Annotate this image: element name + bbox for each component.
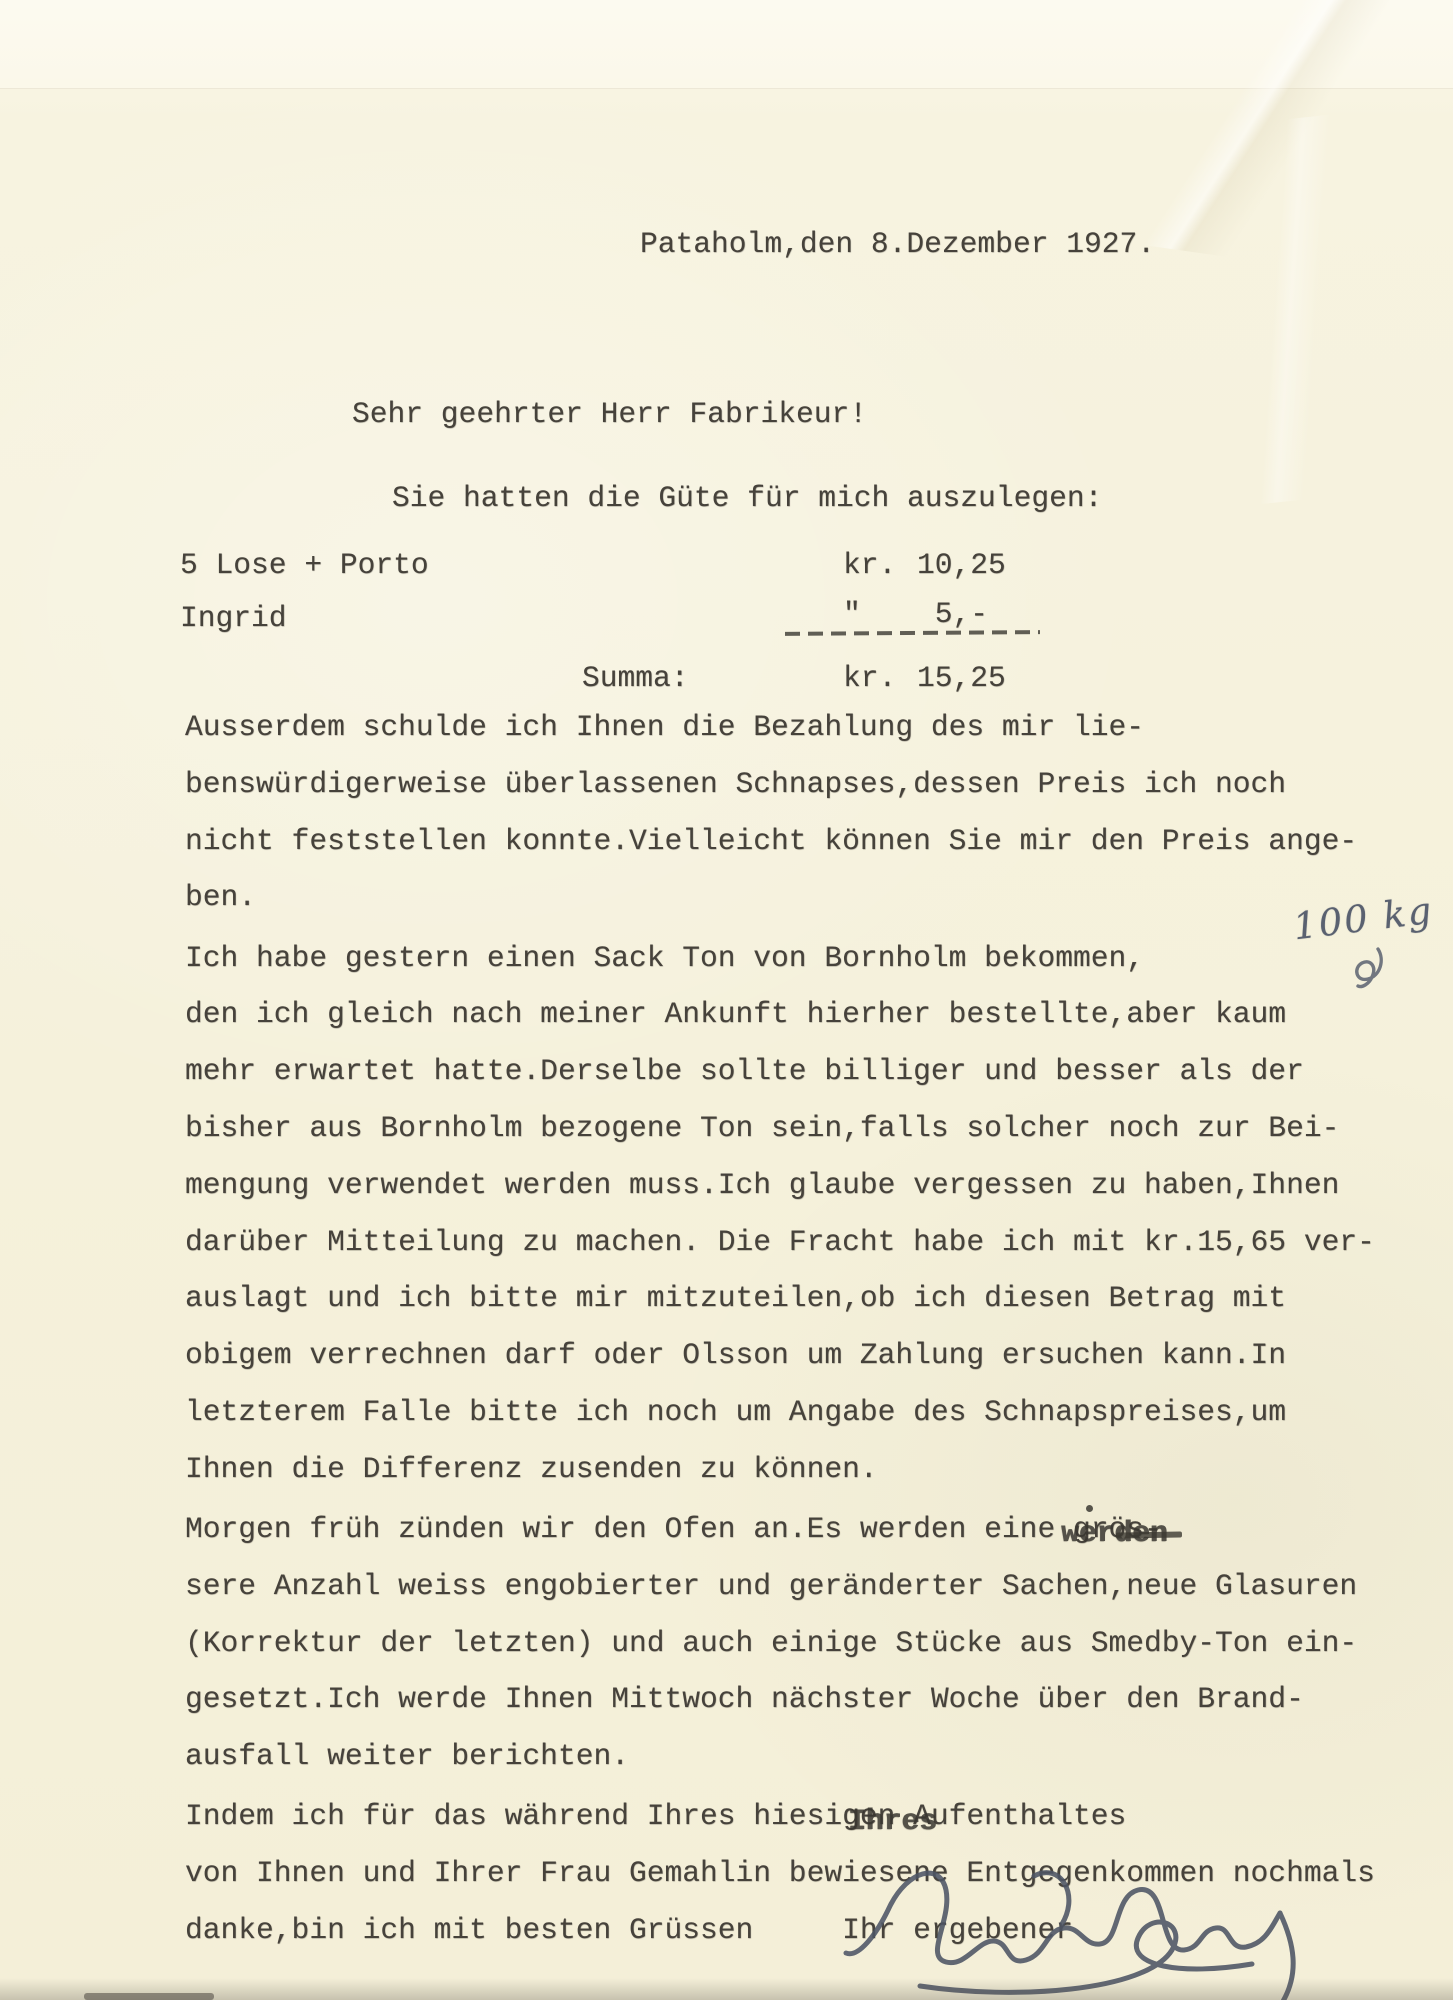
dashed-underline (785, 630, 1040, 635)
typed-line: mengung verwendet werden muss.Ich glaube… (185, 1157, 1425, 1214)
typed-line: Indem ich für das während Ihres hiesigen… (185, 1788, 1425, 1845)
typed-line: letzterem Falle bitte ich noch um Angabe… (185, 1384, 1425, 1441)
dateline: Pataholm,den 8.Dezember 1927. (640, 228, 1155, 261)
typed-line: Ich habe gestern einen Sack Ton von Born… (185, 930, 1425, 987)
account-row-value: kr.10,25 (843, 549, 1006, 582)
overstruck-word: Ihres (848, 1804, 937, 1838)
salutation: Sehr geehrter Herr Fabrikeur! (352, 398, 867, 431)
typed-line: Ihnen die Differenz zusenden zu können. (185, 1441, 1425, 1498)
typed-line: sere Anzahl weiss engobierter und geränd… (185, 1558, 1425, 1615)
typed-line: den ich gleich nach meiner Ankunft hierh… (185, 986, 1425, 1043)
scan-bottom-shadow (0, 1978, 1453, 2000)
summa-label: Summa: (582, 662, 689, 695)
typed-line: obigem verrechnen darf oder Olsson um Za… (185, 1327, 1425, 1384)
typed-line: benswürdigerweise überlassenen Schnapses… (185, 756, 1425, 813)
amount-value: 10,25 (917, 548, 1006, 582)
typed-line: mehr erwartet hatte.Derselbe sollte bill… (185, 1043, 1425, 1100)
currency-label: kr. (843, 549, 917, 582)
currency-label: kr. (843, 662, 917, 695)
scan-top-band (0, 0, 1453, 89)
paragraph: Ich habe gestern einen Sack Ton von Born… (185, 930, 1425, 1498)
account-row-label: 5 Lose + Porto (180, 549, 429, 582)
ditto-mark: " (843, 598, 917, 631)
paragraph: Ausserdem schulde ich Ihnen die Bezahlun… (185, 699, 1425, 926)
amount-value: 15,25 (917, 661, 1006, 695)
paper-crease (1031, 96, 1453, 524)
account-row-label: Ingrid (180, 602, 287, 635)
typed-line: ben. (185, 869, 1425, 926)
typed-line: auslagt und ich bitte mir mitzuteilen,ob… (185, 1270, 1425, 1327)
letter-body: Ausserdem schulde ich Ihnen die Bezahlun… (185, 699, 1425, 1959)
typed-line: nicht feststellen konnte.Vielleicht könn… (185, 813, 1425, 870)
overstrike-mark (1086, 1505, 1093, 1512)
typed-line: bisher aus Bornholm bezogene Ton sein,fa… (185, 1100, 1425, 1157)
typed-line: gesetzt.Ich werde Ihnen Mittwoch nächste… (185, 1671, 1425, 1728)
letter-page: Pataholm,den 8.Dezember 1927. Sehr geehr… (0, 0, 1453, 2000)
summa-value: kr.15,25 (843, 662, 1006, 695)
typed-line: Morgen früh zünden wir den Ofen an.Es we… (185, 1501, 1425, 1558)
handwritten-insertion-mark (1350, 946, 1390, 990)
typed-line: Ausserdem schulde ich Ihnen die Bezahlun… (185, 699, 1425, 756)
scan-edge-mark (84, 1993, 214, 2000)
paragraph: Morgen früh zünden wir den Ofen an.Es we… (185, 1501, 1425, 1785)
intro-line: Sie hatten die Güte für mich auszulegen: (392, 482, 1102, 515)
overstrike-mark (1116, 1531, 1182, 1538)
typed-line: (Korrektur der letzten) und auch einige … (185, 1615, 1425, 1672)
typed-line: darüber Mitteilung zu machen. Die Fracht… (185, 1214, 1425, 1271)
amount-value: 5,- (917, 597, 988, 631)
typed-line: ausfall weiter berichten. (185, 1728, 1425, 1785)
account-row-value: " 5,- (843, 598, 988, 631)
